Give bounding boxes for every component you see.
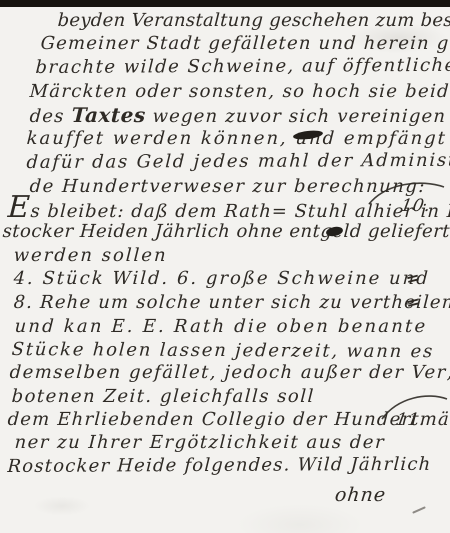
margin-number: 10. xyxy=(399,196,433,216)
manuscript-line: und kan E. E. Rath die oben benante xyxy=(14,316,428,338)
margin-number: 11. xyxy=(394,410,428,430)
line-text: wegen zuvor sich vereinigen ver„ xyxy=(145,106,450,127)
pencil-dash-mark xyxy=(412,506,426,514)
manuscript-line: demselben gefället, jedoch außer der Ver… xyxy=(9,362,450,384)
line-text: des xyxy=(29,106,72,127)
catchword: ohne xyxy=(334,484,387,506)
manuscript-line: kauffet werden können, und empfängt xyxy=(26,128,448,150)
manuscript-page: beyden Veranstaltung geschehen zum beste… xyxy=(0,0,450,533)
manuscript-line: stocker Heiden Jährlich ohne entgeld gel… xyxy=(2,221,450,243)
manuscript-line: werden sollen xyxy=(13,245,168,267)
manuscript-line: botenen Zeit. gleichfalls soll xyxy=(11,386,315,408)
manuscript-line: 4. Stück Wild. 6. große Schweine und xyxy=(13,268,430,290)
manuscript-line: ner zu Ihrer Ergötzlichkeit aus der xyxy=(14,432,386,454)
manuscript-line: Gemeiner Stadt gefälleten und herein ge„ xyxy=(40,33,450,55)
manuscript-line: dafür das Geld jedes mahl der Administri… xyxy=(26,150,450,174)
emphasized-word: Taxtes xyxy=(71,103,146,127)
manuscript-line: beyden Veranstaltung geschehen zum beste… xyxy=(57,10,450,32)
manuscript-line: Stücke holen lassen jederzeit, wann es xyxy=(11,339,435,363)
scan-edge-top xyxy=(0,0,450,7)
manuscript-line: des Taxtes wegen zuvor sich vereinigen v… xyxy=(29,104,450,128)
manuscript-line: brachte wilde Schweine, auf öffentlichen xyxy=(35,55,450,79)
manuscript-line: Rostocker Heide folgendes. Wild Jährlich xyxy=(7,454,432,478)
manuscript-line: Märckten oder sonsten, so hoch sie beide xyxy=(29,81,450,103)
manuscript-line: 8. Rehe um solche unter sich zu vertheil… xyxy=(13,292,450,314)
